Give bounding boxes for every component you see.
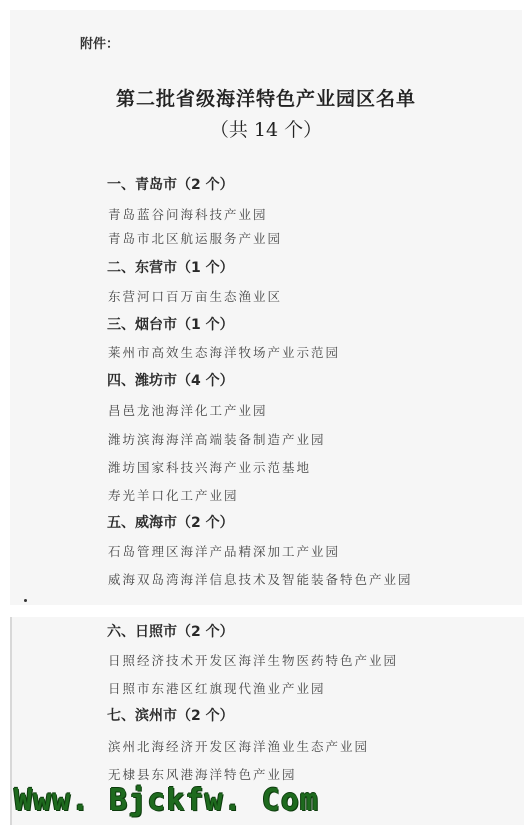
list-item: 东营河口百万亩生态渔业区 (108, 287, 282, 305)
list-item: 石岛管理区海洋产品精深加工产业园 (108, 542, 340, 560)
page-dot-mark (24, 599, 27, 602)
list-item: 青岛蓝谷问海科技产业园 (108, 205, 268, 223)
list-item: 无棣县东风港海洋特色产业园 (108, 765, 297, 783)
document-title: 第二批省级海洋特色产业园区名单 (0, 84, 532, 111)
section-heading-dongying: 二、东营市（1 个） (107, 257, 234, 277)
list-item: 潍坊滨海海洋高端装备制造产业园 (108, 430, 326, 448)
site-watermark: Www. Bjckfw. Com (14, 783, 319, 818)
section-heading-qingdao: 一、青岛市（2 个） (107, 174, 234, 194)
list-item: 日照经济技术开发区海洋生物医药特色产业园 (108, 651, 398, 669)
list-item: 莱州市高效生态海洋牧场产业示范园 (108, 343, 340, 361)
list-item: 青岛市北区航运服务产业园 (108, 229, 282, 247)
section-heading-weifang: 四、潍坊市（4 个） (107, 370, 234, 390)
list-item: 日照市东港区红旗现代渔业产业园 (108, 679, 326, 697)
section-heading-weihai: 五、威海市（2 个） (107, 512, 234, 532)
section-heading-yantai: 三、烟台市（1 个） (107, 314, 234, 334)
section-heading-binzhou: 七、滨州市（2 个） (107, 705, 234, 725)
document-subtitle: （共 14 个） (0, 115, 532, 142)
section-heading-rizhao: 六、日照市（2 个） (107, 621, 234, 641)
list-item: 寿光羊口化工产业园 (108, 486, 239, 504)
list-item: 威海双岛湾海洋信息技术及智能装备特色产业园 (108, 570, 413, 588)
list-item: 滨州北海经济开发区海洋渔业生态产业园 (108, 737, 369, 755)
list-item: 潍坊国家科技兴海产业示范基地 (108, 458, 311, 476)
attachment-label: 附件： (80, 33, 119, 52)
list-item: 昌邑龙池海洋化工产业园 (108, 401, 268, 419)
